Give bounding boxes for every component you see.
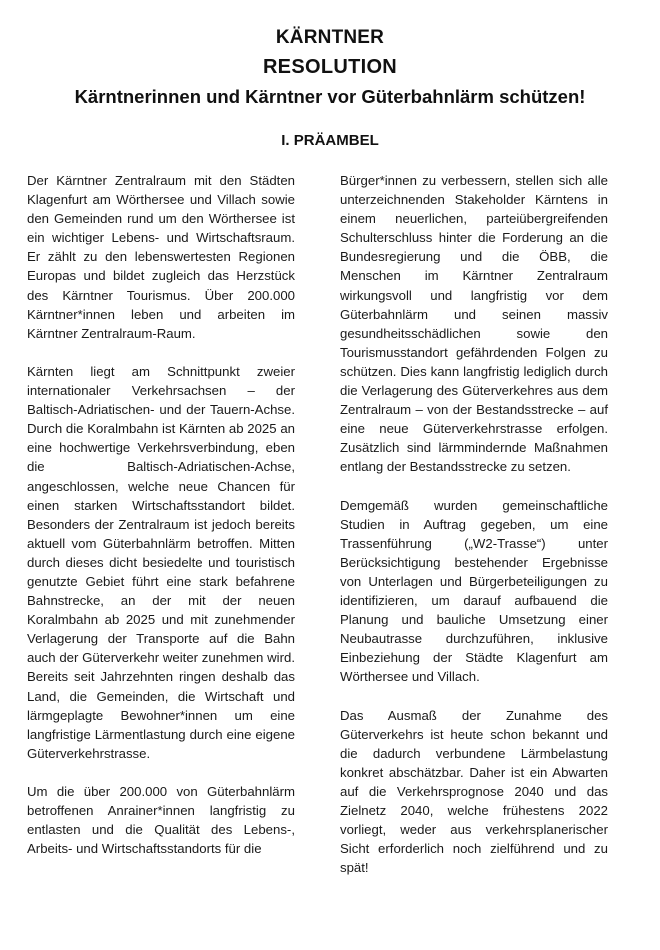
paragraph: Um die über 200.000 von Güterbahnlärm be… (27, 782, 295, 858)
document-subtitle: Kärntnerinnen und Kärntner vor Güterbahn… (0, 86, 660, 108)
title-line-1: KÄRNTNER (0, 27, 660, 49)
right-column: Bürger*innen zu verbessern, stellen sich… (340, 171, 608, 897)
paragraph: Der Kärntner Zentralraum mit den Städten… (27, 171, 295, 343)
title-line-2: RESOLUTION (0, 56, 660, 79)
paragraph: Demgemäß wurden gemeinschaftliche Studie… (340, 496, 608, 687)
section-heading: I. PRÄAMBEL (0, 132, 660, 149)
document-page: KÄRNTNER RESOLUTION Kärntnerinnen und Kä… (0, 0, 660, 950)
paragraph: Kärnten liegt am Schnittpunkt zweier int… (27, 362, 295, 763)
paragraph: Das Ausmaß der Zunahme des Güterverkehrs… (340, 706, 608, 878)
paragraph: Bürger*innen zu verbessern, stellen sich… (340, 171, 608, 477)
left-column: Der Kärntner Zentralraum mit den Städten… (27, 171, 295, 877)
